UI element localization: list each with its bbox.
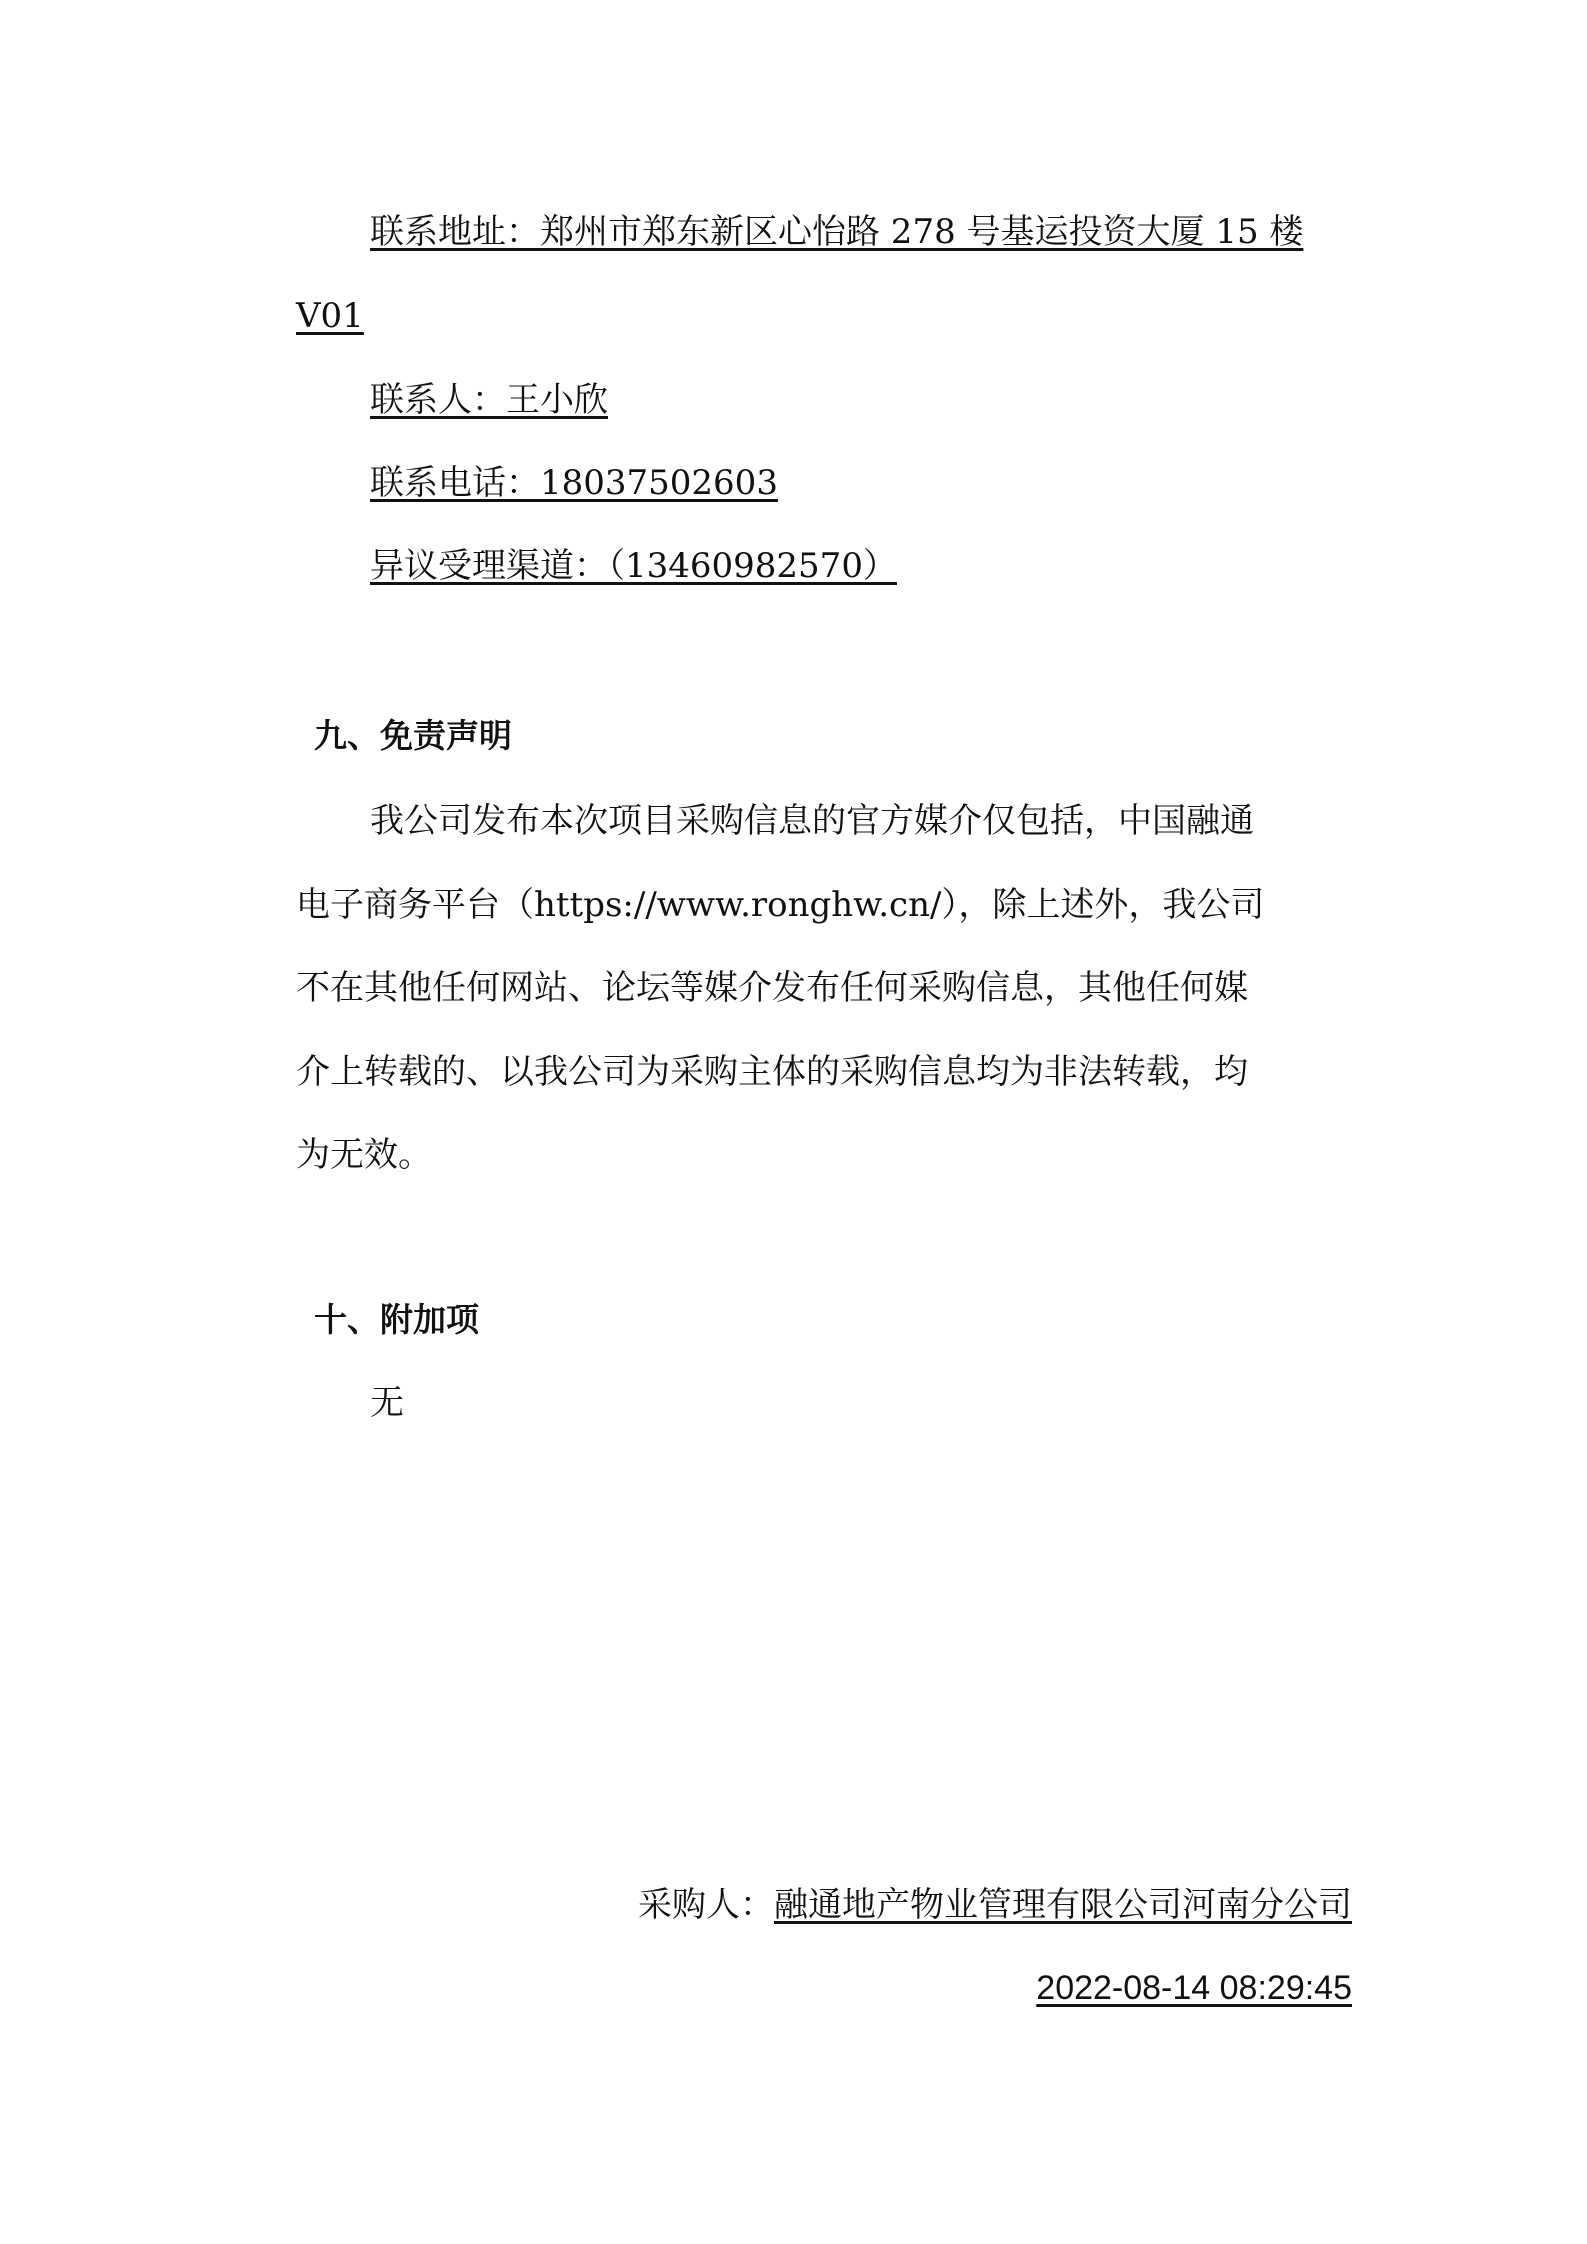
disclaimer-line: 不在其他任何网站、论坛等媒介发布任何采购信息，其他任何媒: [296, 947, 1352, 1031]
disclaimer-line: 电子商务平台（https://www.ronghw.cn/），除上述外，我公司: [296, 864, 1352, 948]
contact-address-line2: V01: [296, 296, 364, 336]
contact-person: 联系人：王小欣: [370, 380, 608, 420]
section-9-heading: 九、免责声明: [314, 716, 512, 756]
contact-address-line1: 联系地址：郑州市郑东新区心怡路 278 号基运投资大厦 15 楼: [370, 212, 1303, 252]
purchaser-signature: 采购人：融通地产物业管理有限公司河南分公司: [638, 1885, 1352, 1925]
disclaimer-paragraph: 我公司发布本次项目采购信息的官方媒介仅包括，中国融通 电子商务平台（https:…: [296, 780, 1352, 1198]
disclaimer-line: 我公司发布本次项目采购信息的官方媒介仅包括，中国融通: [296, 780, 1352, 864]
disclaimer-line: 为无效。: [296, 1114, 1352, 1198]
contact-phone: 联系电话：18037502603: [370, 463, 778, 503]
publish-datetime: 2022-08-14 08:29:45: [1036, 1968, 1352, 2008]
disclaimer-line: 介上转载的、以我公司为采购主体的采购信息均为非法转载，均: [296, 1031, 1352, 1115]
purchaser-label: 采购人：: [638, 1885, 774, 1925]
section-10-heading: 十、附加项: [314, 1300, 479, 1340]
section-10-content: 无: [370, 1383, 404, 1423]
objection-channel: 异议受理渠道：（13460982570）: [370, 546, 897, 586]
purchaser-name: 融通地产物业管理有限公司河南分公司: [774, 1885, 1352, 1925]
